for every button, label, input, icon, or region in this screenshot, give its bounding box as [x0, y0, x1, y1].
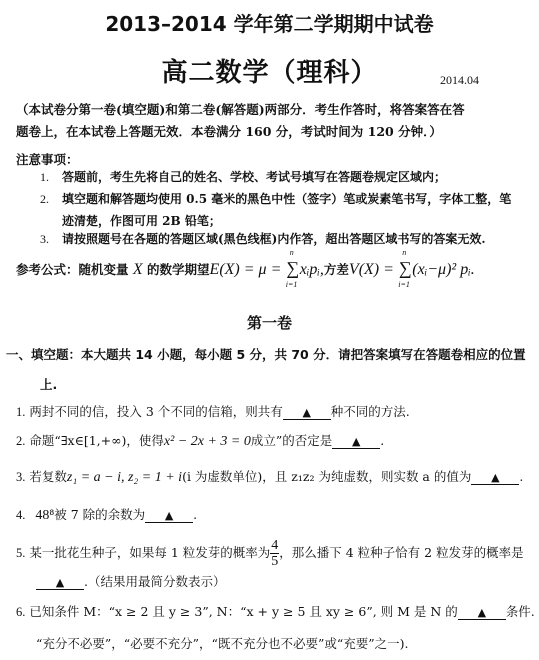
sum-upper: n — [402, 248, 406, 257]
question-text: 命题“∃x∈[1,+∞)，使得 — [29, 433, 164, 448]
question-number: 3. — [16, 470, 25, 484]
fraction-denominator: 5 — [270, 554, 279, 569]
question-text: ，那么播下 4 粒种子恰有 2 粒发芽的概率是 — [279, 545, 523, 560]
note-item: 1.答题前，考生先将自己的姓名、学校、考试号填写在答题卷规定区域内； — [40, 166, 446, 188]
question-text: 某一批花生种子，如果每 1 粒发芽的概率为 — [29, 545, 270, 560]
answer-blank[interactable]: ▲ — [283, 406, 331, 420]
fraction-numerator: 4 — [270, 538, 279, 554]
question-6-continuation: “充分不必要”，“必要不充分”，“既不充分也不必要”或“充要”之一). — [36, 634, 408, 652]
fraction: 45 — [270, 538, 279, 569]
math-expression: 48⁸ — [35, 508, 54, 523]
question-number: 2. — [16, 434, 25, 448]
sum-lower: i=1 — [286, 280, 298, 289]
note-item: 2.填空题和解答题均使用 0.5 毫米的黑色中性（签字）笔或炭素笔书写，字体工整… — [40, 188, 511, 210]
expectation-formula: E(X) = μ = — [210, 261, 282, 278]
note-text: 填空题和解答题均使用 0.5 毫米的黑色中性（签字）笔或炭素笔书写，字体工整，笔 — [62, 192, 511, 206]
math-expression: z₁ = a − i, z₂ = 1 + i — [67, 470, 182, 485]
answer-blank[interactable]: ▲ — [145, 509, 193, 523]
question-5-continuation: ▲.（结果用最简分数表示） — [36, 572, 225, 590]
exam-intro: （本试卷分第一卷(填空题)和第二卷(解答题)两部分．考生作答时，将答案答在答 题… — [16, 99, 465, 143]
question-number: 1. — [16, 405, 25, 419]
exam-title: 2013–2014 学年第二学期期中试卷 — [0, 8, 539, 37]
note-text: 答题前，考生先将自己的姓名、学校、考试号填写在答题卷规定区域内； — [62, 170, 446, 184]
section-title: 第一卷 — [0, 312, 539, 333]
question-4: 4. 48⁸被 7 除的余数为▲. — [16, 505, 197, 524]
sum-upper: n — [290, 248, 294, 257]
question-text: 种不同的方法. — [331, 404, 410, 419]
answer-blank[interactable]: ▲ — [471, 471, 519, 485]
part-heading: 一、填空题：本大题共 14 小题，每小题 5 分，共 70 分．请把答案填写在答… — [6, 340, 526, 400]
intro-line-2: 题卷上，在本试卷上答题无效．本卷满分 160 分，考试时间为 120 分钟．） — [16, 121, 465, 143]
question-1: 1. 两封不同的信，投入 3 个不同的信箱，则共有▲种不同的方法. — [16, 402, 410, 420]
question-text: . — [193, 507, 197, 522]
question-text: 两封不同的信，投入 3 个不同的信箱，则共有 — [29, 404, 282, 419]
formula-variable: X — [133, 261, 143, 278]
sum-lower: i=1 — [398, 280, 410, 289]
question-text: 若复数 — [29, 469, 67, 484]
question-text: . — [380, 433, 384, 448]
expectation-term: xᵢpᵢ, — [300, 261, 324, 278]
question-5: 5. 某一批花生种子，如果每 1 粒发芽的概率为45，那么播下 4 粒种子恰有 … — [16, 538, 524, 569]
part-heading-line-2: 上. — [6, 370, 526, 400]
question-number: 5. — [16, 546, 25, 560]
exam-date: 2014.04 — [440, 73, 479, 88]
note-number: 1. — [40, 166, 62, 188]
variance-term: (xᵢ−μ)² pᵢ. — [412, 261, 474, 278]
intro-line-1: （本试卷分第一卷(填空题)和第二卷(解答题)两部分．考生作答时，将答案答在答 — [16, 99, 465, 121]
question-3: 3. 若复数z₁ = a − i, z₂ = 1 + i(i 为虚数单位)，且 … — [16, 467, 523, 486]
note-item: 3.请按照题号在各题的答题区域(黑色线框)内作答，超出答题区域书写的答案无效. — [40, 228, 486, 250]
question-text: 被 7 除的余数为 — [54, 507, 145, 522]
reference-formula: 参考公式：随机变量 X 的数学期望E(X) = μ = ∑ni=1xᵢpᵢ,方差… — [16, 258, 475, 279]
question-text: (i 为虚数单位)，且 z₁z₂ 为纯虚数，则实数 a 的值为 — [182, 469, 471, 484]
note-number: 3. — [40, 228, 62, 250]
question-text: 已知条件 M：“x ≥ 2 且 y ≥ 3”, N：“x + y ≥ 5 且 x… — [29, 604, 457, 619]
summation-icon: ∑ni=1 — [398, 258, 412, 279]
formula-text: 的数学期望 — [147, 262, 210, 277]
question-6: 6. 已知条件 M：“x ≥ 2 且 y ≥ 3”, N：“x + y ≥ 5 … — [16, 602, 539, 620]
question-number: 4. — [16, 508, 25, 522]
question-text: . — [519, 469, 523, 484]
formula-label: 参考公式： — [16, 262, 79, 277]
note-number: 2. — [40, 188, 62, 210]
part-heading-line-1: 一、填空题：本大题共 14 小题，每小题 5 分，共 70 分．请把答案填写在答… — [6, 340, 526, 370]
formula-text: 方差 — [324, 262, 349, 277]
formula-text: 随机变量 — [79, 262, 129, 277]
answer-blank[interactable]: ▲ — [332, 435, 380, 449]
answer-blank[interactable]: ▲ — [458, 606, 506, 620]
question-2: 2. 命题“∃x∈[1,+∞)，使得x² − 2x + 3 = 0成立”的否定是… — [16, 431, 384, 450]
variance-formula: V(X) = — [349, 261, 394, 278]
note-text: 请按照题号在各题的答题区域(黑色线框)内作答，超出答题区域书写的答案无效. — [62, 232, 486, 246]
question-text: 成立”的否定是 — [251, 433, 332, 448]
question-number: 6. — [16, 605, 25, 619]
answer-blank[interactable]: ▲ — [36, 576, 84, 590]
question-text: .（结果用最简分数表示） — [84, 574, 225, 589]
math-expression: x² − 2x + 3 = 0 — [164, 434, 251, 449]
summation-icon: ∑ni=1 — [286, 258, 300, 279]
question-text: 条件.（填 — [506, 604, 539, 619]
